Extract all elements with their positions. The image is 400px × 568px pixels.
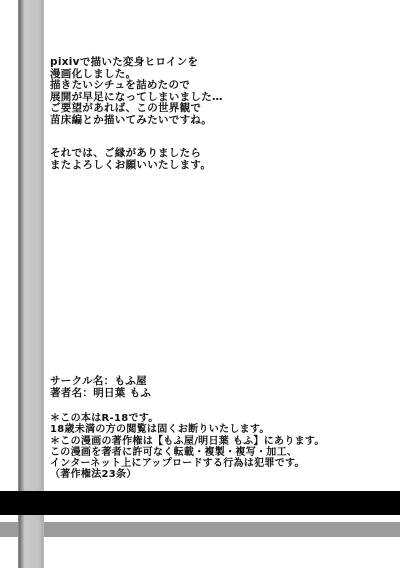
black-divider-bar — [0, 491, 400, 515]
legal-notice: ＊この本はR-18です。 18歳未満の方の閲覧は固くお断りいたします。 ＊この漫… — [50, 413, 325, 481]
gray-divider-bar — [0, 522, 400, 537]
legal-line: 18歳未満の方の閲覧は固くお断りいたします。 — [50, 424, 325, 435]
legal-line: この漫画を著者に許可なく転載・複製・複写・加工、 — [50, 447, 325, 458]
afterword-page: pixivで描いた変身ヒロインを 漫画化しました。 描きたいシチュを詰めたので … — [0, 0, 400, 568]
closing-line: またよろしくお願いいたします。 — [50, 160, 211, 172]
closing-text: それでは、ご縁がありましたら またよろしくお願いいたします。 — [50, 148, 211, 171]
afterword-line: pixivで描いた変身ヒロインを — [50, 57, 223, 69]
legal-line: （著作権法23条） — [50, 469, 325, 480]
credits-block: サークル名：もふ屋 著者名：明日葉 もふ — [50, 376, 151, 399]
left-binding-strip — [18, 0, 44, 568]
circle-name: サークル名：もふ屋 — [50, 376, 151, 388]
afterword-line: 苗床編とか描いてみたいですね。 — [50, 115, 223, 127]
legal-line: ＊この本はR-18です。 — [50, 413, 325, 424]
author-name: 著者名：明日葉 もふ — [50, 388, 151, 400]
legal-line: インターネット上にアップロードする行為は犯罪です。 — [50, 458, 325, 469]
afterword-text: pixivで描いた変身ヒロインを 漫画化しました。 描きたいシチュを詰めたので … — [50, 57, 223, 127]
legal-line: ＊この漫画の著作権は【もふ屋/明日葉 もふ】にあります。 — [50, 436, 325, 447]
closing-line: それでは、ご縁がありましたら — [50, 148, 211, 160]
